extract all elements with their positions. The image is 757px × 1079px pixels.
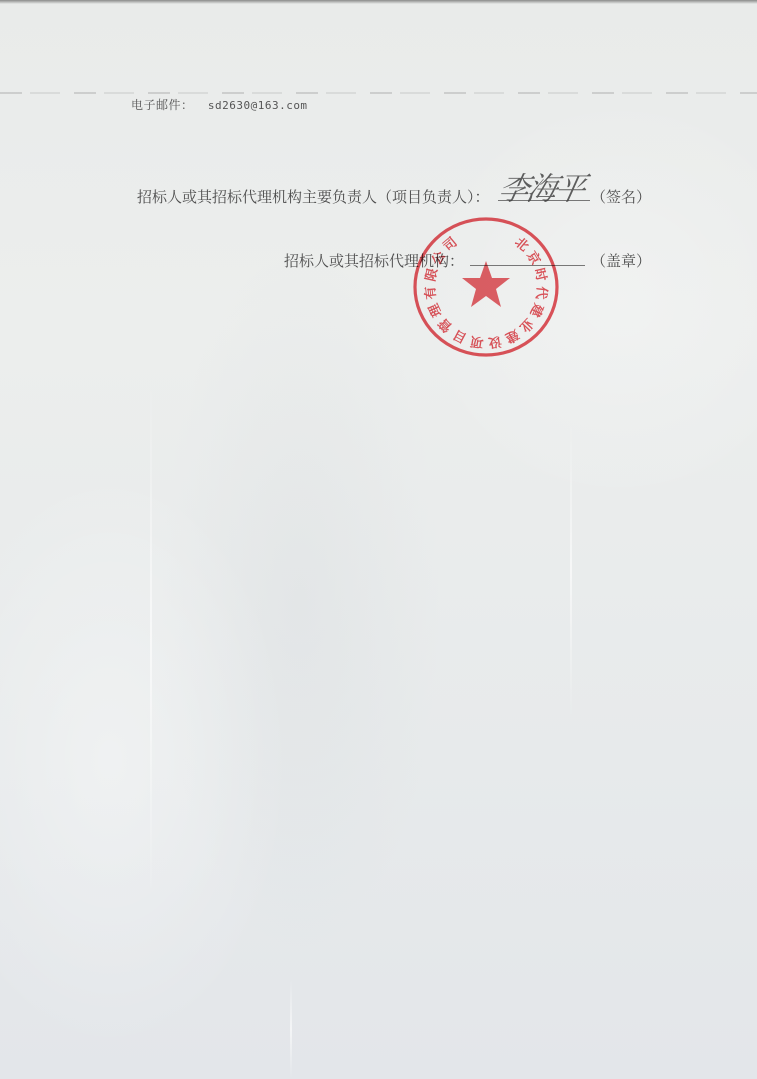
seal-char: 有	[422, 285, 439, 300]
seal-char: 理	[426, 300, 445, 319]
star-icon	[462, 261, 510, 307]
stamp-suffix: （盖章）	[591, 250, 651, 271]
signature-suffix: （签名）	[591, 186, 651, 207]
email-label: 电子邮件：	[131, 98, 194, 112]
seal-char: 时	[531, 267, 548, 283]
seal-char: 司	[440, 234, 460, 255]
seal-char: 目	[451, 326, 470, 345]
seal-char: 京	[523, 248, 543, 267]
seal-char: 代	[532, 285, 549, 301]
paper-crease	[150, 380, 152, 900]
email-line: 电子邮件： sd2630@163.com	[131, 96, 308, 113]
seal-char: 管	[435, 315, 456, 335]
handwritten-signature: 李海平	[495, 163, 589, 209]
fold-line	[0, 92, 757, 94]
responsible-person-label: 招标人或其招标代理机构主要负责人（项目负责人）：	[137, 186, 490, 207]
seal-char: 建	[503, 325, 523, 346]
company-seal: 北京时代建业建设项目管理有限公司	[411, 215, 561, 360]
paper-crease	[290, 980, 292, 1079]
page-top-edge-shadow	[0, 0, 757, 4]
seal-char: 项	[468, 333, 484, 351]
email-value: sd2630@163.com	[208, 99, 308, 112]
seal-char: 建	[526, 300, 546, 319]
seal-char: 业	[516, 315, 536, 335]
seal-char: 北	[512, 235, 532, 255]
seal-char: 限	[424, 267, 441, 283]
paper-crease	[570, 420, 572, 720]
seal-char: 设	[487, 333, 502, 351]
